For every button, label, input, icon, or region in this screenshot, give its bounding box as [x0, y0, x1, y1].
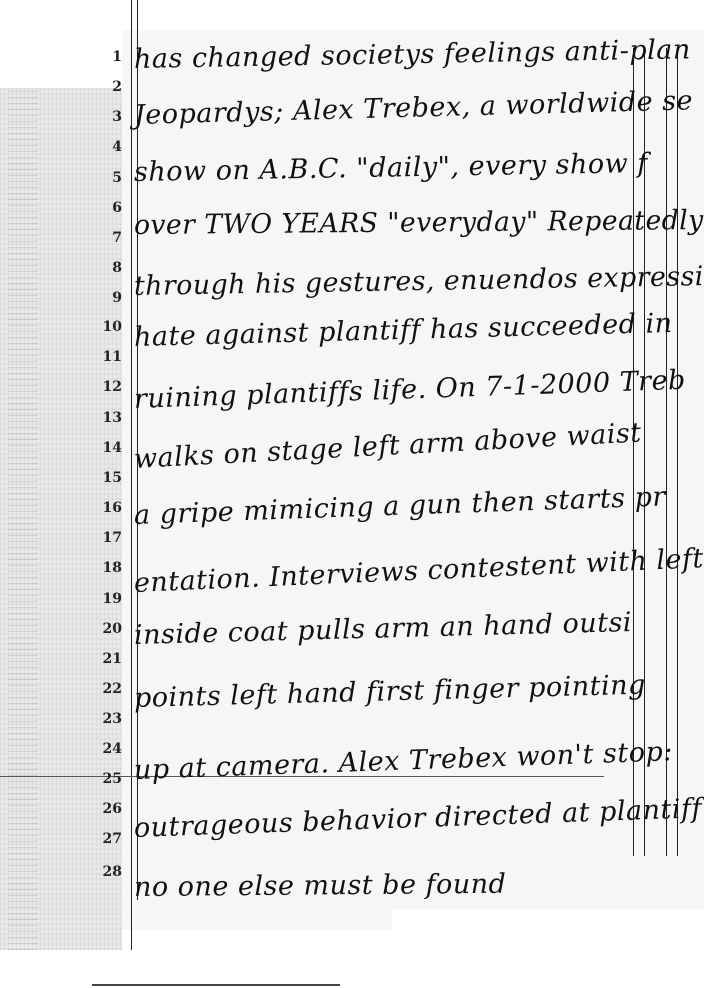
- line-number: 19: [103, 592, 122, 606]
- handwritten-line: no one else must be found: [134, 869, 507, 903]
- line-number: 16: [103, 501, 122, 515]
- line-number: 21: [103, 652, 122, 666]
- line-number: 27: [103, 832, 122, 846]
- line-number: 3: [112, 110, 122, 124]
- line-number: 17: [103, 531, 122, 545]
- right-margin-line-4: [677, 48, 678, 856]
- line-number: 8: [112, 261, 122, 275]
- line-number: 14: [103, 441, 122, 455]
- line-number: 10: [103, 320, 122, 334]
- line-number: 24: [103, 742, 122, 756]
- right-margin-line-3: [666, 48, 667, 856]
- line-number: 7: [112, 231, 122, 245]
- line-number: 5: [112, 171, 122, 185]
- line-number: 25: [103, 772, 122, 786]
- line-number: 6: [112, 201, 122, 215]
- line-number: 15: [103, 471, 122, 485]
- scan-shadow-left: [0, 88, 122, 950]
- line-number: 22: [103, 682, 122, 696]
- line-number: 2: [112, 80, 122, 94]
- line-number: 23: [103, 712, 122, 726]
- line-number: 18: [103, 561, 122, 575]
- line-number: 1: [112, 50, 122, 64]
- line-number: 12: [103, 380, 122, 394]
- line-number: 4: [112, 140, 122, 154]
- line-number: 9: [112, 291, 122, 305]
- left-margin-line-outer: [131, 0, 132, 950]
- footer-rule: [92, 984, 340, 986]
- line-number: 20: [103, 622, 122, 636]
- line-number: 11: [103, 350, 122, 364]
- line-number: 13: [103, 411, 122, 425]
- line-number: 28: [103, 865, 122, 879]
- handwritten-line: over TWO YEARS "everyday" Repeatedly: [134, 205, 704, 241]
- line-number: 26: [103, 802, 122, 816]
